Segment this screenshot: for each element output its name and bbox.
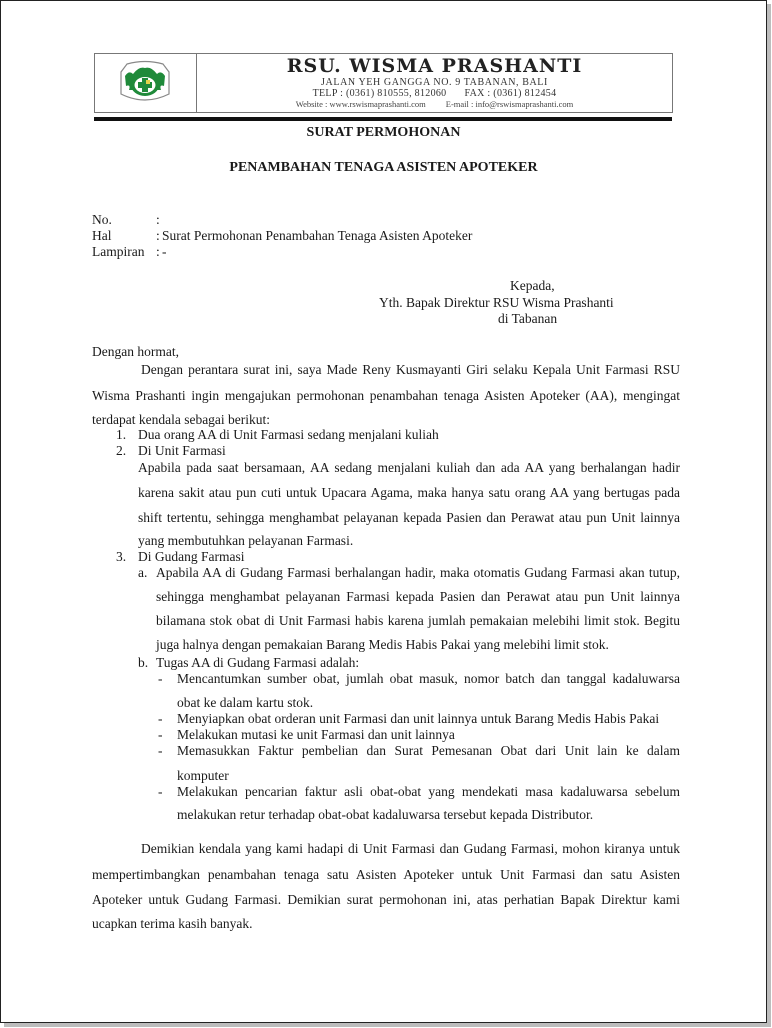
- hospital-address: JALAN YEH GANGGA NO. 9 TABANAN, BALI: [197, 77, 672, 88]
- hospital-contact: TELP : (0361) 810555, 812060FAX : (0361)…: [197, 88, 672, 99]
- hospital-online: Website : www.rswismaprashanti.comE-mail…: [197, 99, 672, 109]
- bullet-line: Melakukan mutasi ke unit Farmasi dan uni…: [177, 727, 455, 743]
- meta-label: Hal: [92, 228, 112, 244]
- sub-list-line: juga halnya dengan pemakaian Barang Medi…: [156, 637, 609, 653]
- sub-list-line: bilamana stok obat di Unit Farmasi habis…: [156, 613, 680, 629]
- addressee-recipient: Yth. Bapak Direktur RSU Wisma Prashanti: [379, 295, 614, 311]
- greeting: Dengan hormat,: [92, 344, 179, 360]
- bullet-dash: -: [158, 727, 163, 743]
- list-number: 1.: [116, 427, 126, 443]
- list-item-title: Di Gudang Farmasi: [138, 549, 244, 565]
- addressee-location: di Tabanan: [498, 311, 557, 327]
- list-item-line: Apabila pada saat bersamaan, AA sedang m…: [138, 460, 680, 476]
- list-item-line: karena sakit atau pun cuti untuk Upacara…: [138, 485, 680, 501]
- letter-subtitle: PENAMBAHAN TENAGA ASISTEN APOTEKER: [1, 160, 766, 176]
- closing-line: ucapkan terima kasih banyak.: [92, 916, 252, 932]
- list-number: 3.: [116, 549, 126, 565]
- meta-separator: :: [156, 212, 160, 228]
- intro-line: Dengan perantara surat ini, saya Made Re…: [141, 362, 680, 378]
- closing-line: Demikian kendala yang kami hadapi di Uni…: [141, 841, 680, 857]
- closing-line: Apoteker untuk Gudang Farmasi. Demikian …: [92, 892, 680, 908]
- intro-line: terdapat kendala sebagai berikut:: [92, 412, 270, 428]
- letterhead-logo-cell: [95, 54, 197, 112]
- meta-separator: :: [156, 228, 160, 244]
- intro-line: Wisma Prashanti ingin mengajukan permoho…: [92, 388, 680, 404]
- bullet-line: melakukan retur terhadap obat-obat kadal…: [177, 807, 593, 823]
- sub-list-title: Tugas AA di Gudang Farmasi adalah:: [156, 655, 359, 671]
- sub-list-letter: b.: [138, 655, 148, 671]
- bullet-dash: -: [158, 743, 163, 759]
- bullet-line: obat ke dalam kartu stok.: [177, 695, 313, 711]
- bullet-dash: -: [158, 671, 163, 687]
- bullet-line: Melakukan pencarian faktur asli obat-oba…: [177, 784, 680, 800]
- hospital-name: RSU. WISMA PRASHANTI: [197, 55, 672, 77]
- hospital-cross-logo-icon: [117, 60, 173, 104]
- list-item-title: Di Unit Farmasi: [138, 443, 226, 459]
- meta-label: Lampiran: [92, 244, 144, 260]
- bullet-dash: -: [158, 711, 163, 727]
- bullet-line: Mencantumkan sumber obat, jumlah obat ma…: [177, 671, 680, 687]
- closing-line: mempertimbangkan penambahan tenaga satu …: [92, 867, 680, 883]
- letter-page: RSU. WISMA PRASHANTI JALAN YEH GANGGA NO…: [0, 0, 767, 1023]
- letterhead-text: RSU. WISMA PRASHANTI JALAN YEH GANGGA NO…: [197, 54, 672, 112]
- bullet-dash: -: [158, 784, 163, 800]
- meta-separator: :: [156, 244, 160, 260]
- bullet-line: Menyiapkan obat orderan unit Farmasi dan…: [177, 711, 659, 727]
- meta-value: -: [162, 244, 167, 260]
- sub-list-letter: a.: [138, 565, 147, 581]
- sub-list-line: Apabila AA di Gudang Farmasi berhalangan…: [156, 565, 680, 581]
- list-item-line: yang membutuhkan pelayanan Farmasi.: [138, 533, 353, 549]
- addressee-kepada: Kepada,: [510, 278, 555, 294]
- letterhead: RSU. WISMA PRASHANTI JALAN YEH GANGGA NO…: [94, 53, 673, 113]
- meta-label: No.: [92, 212, 112, 228]
- list-item-line: shift tertentu, sehingga menghambat pela…: [138, 510, 680, 526]
- hospital-phone: TELP : (0361) 810555, 812060: [313, 88, 447, 99]
- hospital-website: Website : www.rswismaprashanti.com: [296, 99, 426, 109]
- letterhead-divider: [94, 117, 672, 121]
- sub-list-line: sehingga menghambat pelayanan Farmasi ke…: [156, 589, 680, 605]
- hospital-email: E-mail : info@rswismaprashanti.com: [446, 99, 574, 109]
- list-item-title: Dua orang AA di Unit Farmasi sedang menj…: [138, 427, 439, 443]
- list-number: 2.: [116, 443, 126, 459]
- bullet-line: Memasukkan Faktur pembelian dan Surat Pe…: [177, 743, 680, 759]
- letter-title: SURAT PERMOHONAN: [1, 125, 766, 141]
- meta-value: Surat Permohonan Penambahan Tenaga Asist…: [162, 228, 472, 244]
- bullet-line: komputer: [177, 768, 229, 784]
- hospital-fax: FAX : (0361) 812454: [464, 88, 556, 99]
